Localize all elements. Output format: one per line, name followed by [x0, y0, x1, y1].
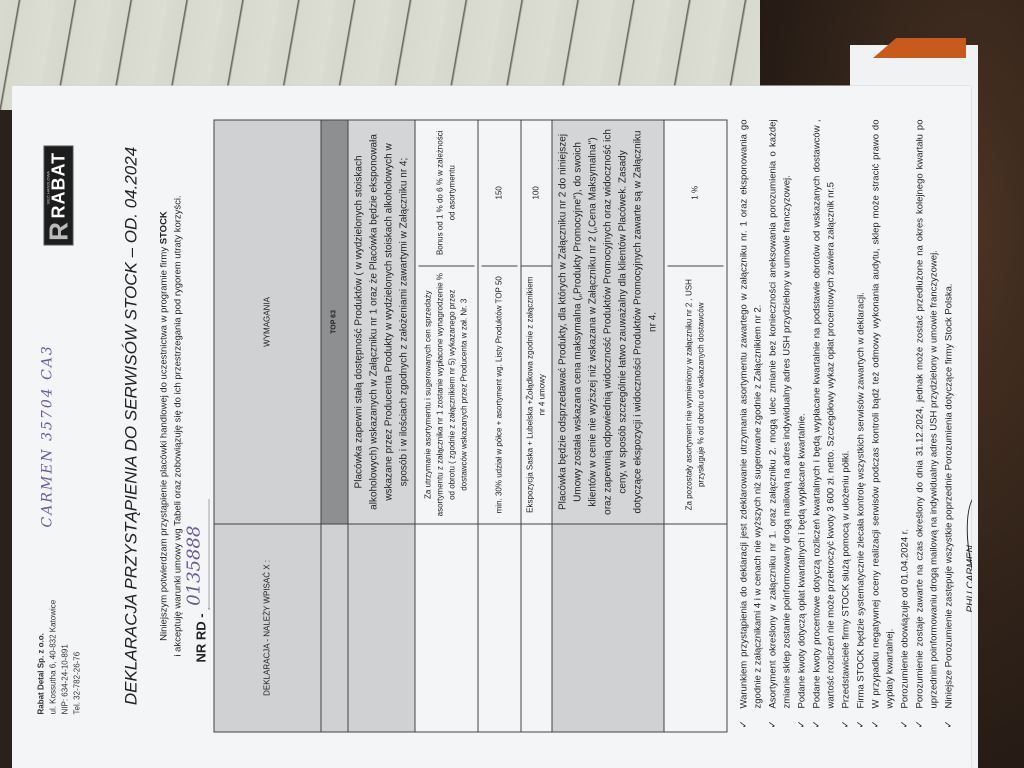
company-nip: NIP: 634-24-10-891	[60, 600, 72, 715]
header-requirements: WYMAGANIA	[214, 120, 321, 524]
requirement-value: 1 %	[668, 121, 724, 266]
requirement-row-3: Ekspozycja Saska + Lubelska +Żołądkowa z…	[521, 120, 552, 524]
document-header: Rabat Detal Sp. z o.o. ul. Kossutha 6, 4…	[22, 120, 122, 733]
nr-rd-value-line[interactable]: 0135888	[194, 500, 210, 610]
nr-rd-label: NR RD -	[194, 613, 209, 662]
requirement-row-2: min. 30% udział w półce + asortyment wg.…	[478, 120, 521, 524]
intro-text: Niniejszym potwierdzam przystąpienie pla…	[158, 120, 186, 733]
conditions-list: Warunkiem przystąpienia do deklaracji je…	[738, 120, 957, 733]
rabat-logo: SIEĆ HANDLOWA R RABAT	[44, 146, 74, 246]
document-photo: Rabat Detal Sp. z o.o. ul. Kossutha 6, 4…	[12, 85, 972, 768]
stamp-line: PHU CARMEN	[967, 495, 973, 613]
nr-rd-value: 0135888	[184, 526, 205, 606]
requirement-value: 150	[482, 121, 518, 266]
requirement-row-1: Za utrzymanie asortymentu i sugerowanych…	[415, 120, 478, 524]
condition-item: Niniejsze Porozumienie zastępuje wszystk…	[943, 120, 957, 733]
condition-item: Podane kwoty procentowe dotyczą rozlicze…	[811, 120, 839, 733]
declaration-sheet: Rabat Detal Sp. z o.o. ul. Kossutha 6, 4…	[12, 86, 972, 768]
requirement-text: min. 30% udział w półce + asortyment wg.…	[482, 266, 518, 524]
company-info: Rabat Detal Sp. z o.o. ul. Kossutha 6, 4…	[36, 600, 84, 715]
requirement-text: Za utrzymanie asortymentu i sugerowanych…	[419, 266, 475, 524]
condition-item: Porozumienie obowiązuje od 01.04.2024 r.	[899, 120, 913, 733]
condition-item: Warunkiem przystąpienia do deklaracji je…	[738, 120, 766, 733]
condition-item: Porozumienie zostaje zawarte na czas okr…	[914, 120, 942, 733]
declaration-checkbox-availability[interactable]	[348, 524, 415, 732]
document-title: DEKLARACJA PRZYSTĄPIENIA DO SERWISÓW STO…	[122, 120, 142, 733]
declaration-table: DEKLARACJA - NALEŻY WPISAĆ X : WYMAGANIA…	[214, 120, 728, 733]
condition-item: Firma STOCK będzie systematycznie zlecał…	[855, 120, 869, 733]
requirement-text: Ekspozycja Saska + Lubelska +Żołądkowa z…	[522, 266, 552, 524]
company-address: ul. Kossutha 6, 40-832 Katowice	[48, 600, 60, 715]
requirement-value: Bonus od 1 % do 6 % w zależności od asor…	[419, 121, 475, 266]
handwritten-note: CARMEN 35704 CA3	[40, 344, 56, 527]
declaration-checkbox-row-1[interactable]	[415, 524, 478, 732]
condition-item: Przedstawiciele firmy STOCK służą pomocą…	[840, 120, 854, 733]
requirement-value: 100	[522, 121, 552, 266]
requirement-text: Za pozostały asortyment nie wymieniony w…	[668, 266, 724, 524]
condition-item: W przypadku negatywnej oceny realizacji …	[870, 120, 898, 733]
intro-line1: Niniejszym potwierdzam przystąpienie pla…	[159, 244, 170, 641]
nr-rd-field: NR RD - 0135888	[194, 120, 210, 663]
intro-line2: i akceptuję warunki umowy wg Tabeli oraz…	[173, 195, 184, 656]
declaration-checkbox-remaining[interactable]	[664, 524, 727, 732]
logo-text: RABAT	[48, 152, 69, 219]
availability-text: Placówka zapewni stałą dostępność Produk…	[348, 120, 415, 524]
section-top63: TOP 63	[321, 120, 348, 524]
declaration-checkbox-row-2[interactable]	[478, 524, 521, 732]
company-tel: Tel. 32-782-26-76	[72, 600, 84, 715]
condition-item: Asortyment określony w załączniku nr 1. …	[767, 120, 795, 733]
promo-text: Placówka będzie odsprzedawać Produkty, d…	[552, 120, 664, 524]
company-name: Rabat Detal Sp. z o.o.	[36, 600, 48, 715]
declaration-checkbox-top63[interactable]	[321, 524, 348, 732]
company-stamp: PHU CARMEN Chudy Józef 48-200 Prudnik, u…	[967, 495, 973, 613]
condition-item: Podane kwoty dotyczą opłat kwartalnych i…	[796, 120, 810, 733]
requirement-row-remaining: Za pozostały asortyment nie wymieniony w…	[664, 120, 727, 524]
declaration-checkbox-row-3[interactable]	[521, 524, 552, 732]
intro-stock: STOCK	[159, 211, 170, 244]
logo-tagline: SIEĆ HANDLOWA	[46, 171, 51, 204]
declaration-checkbox-promo[interactable]	[552, 524, 664, 732]
logo-letter: R	[46, 219, 72, 245]
header-declaration: DEKLARACJA - NALEŻY WPISAĆ X :	[214, 524, 321, 732]
